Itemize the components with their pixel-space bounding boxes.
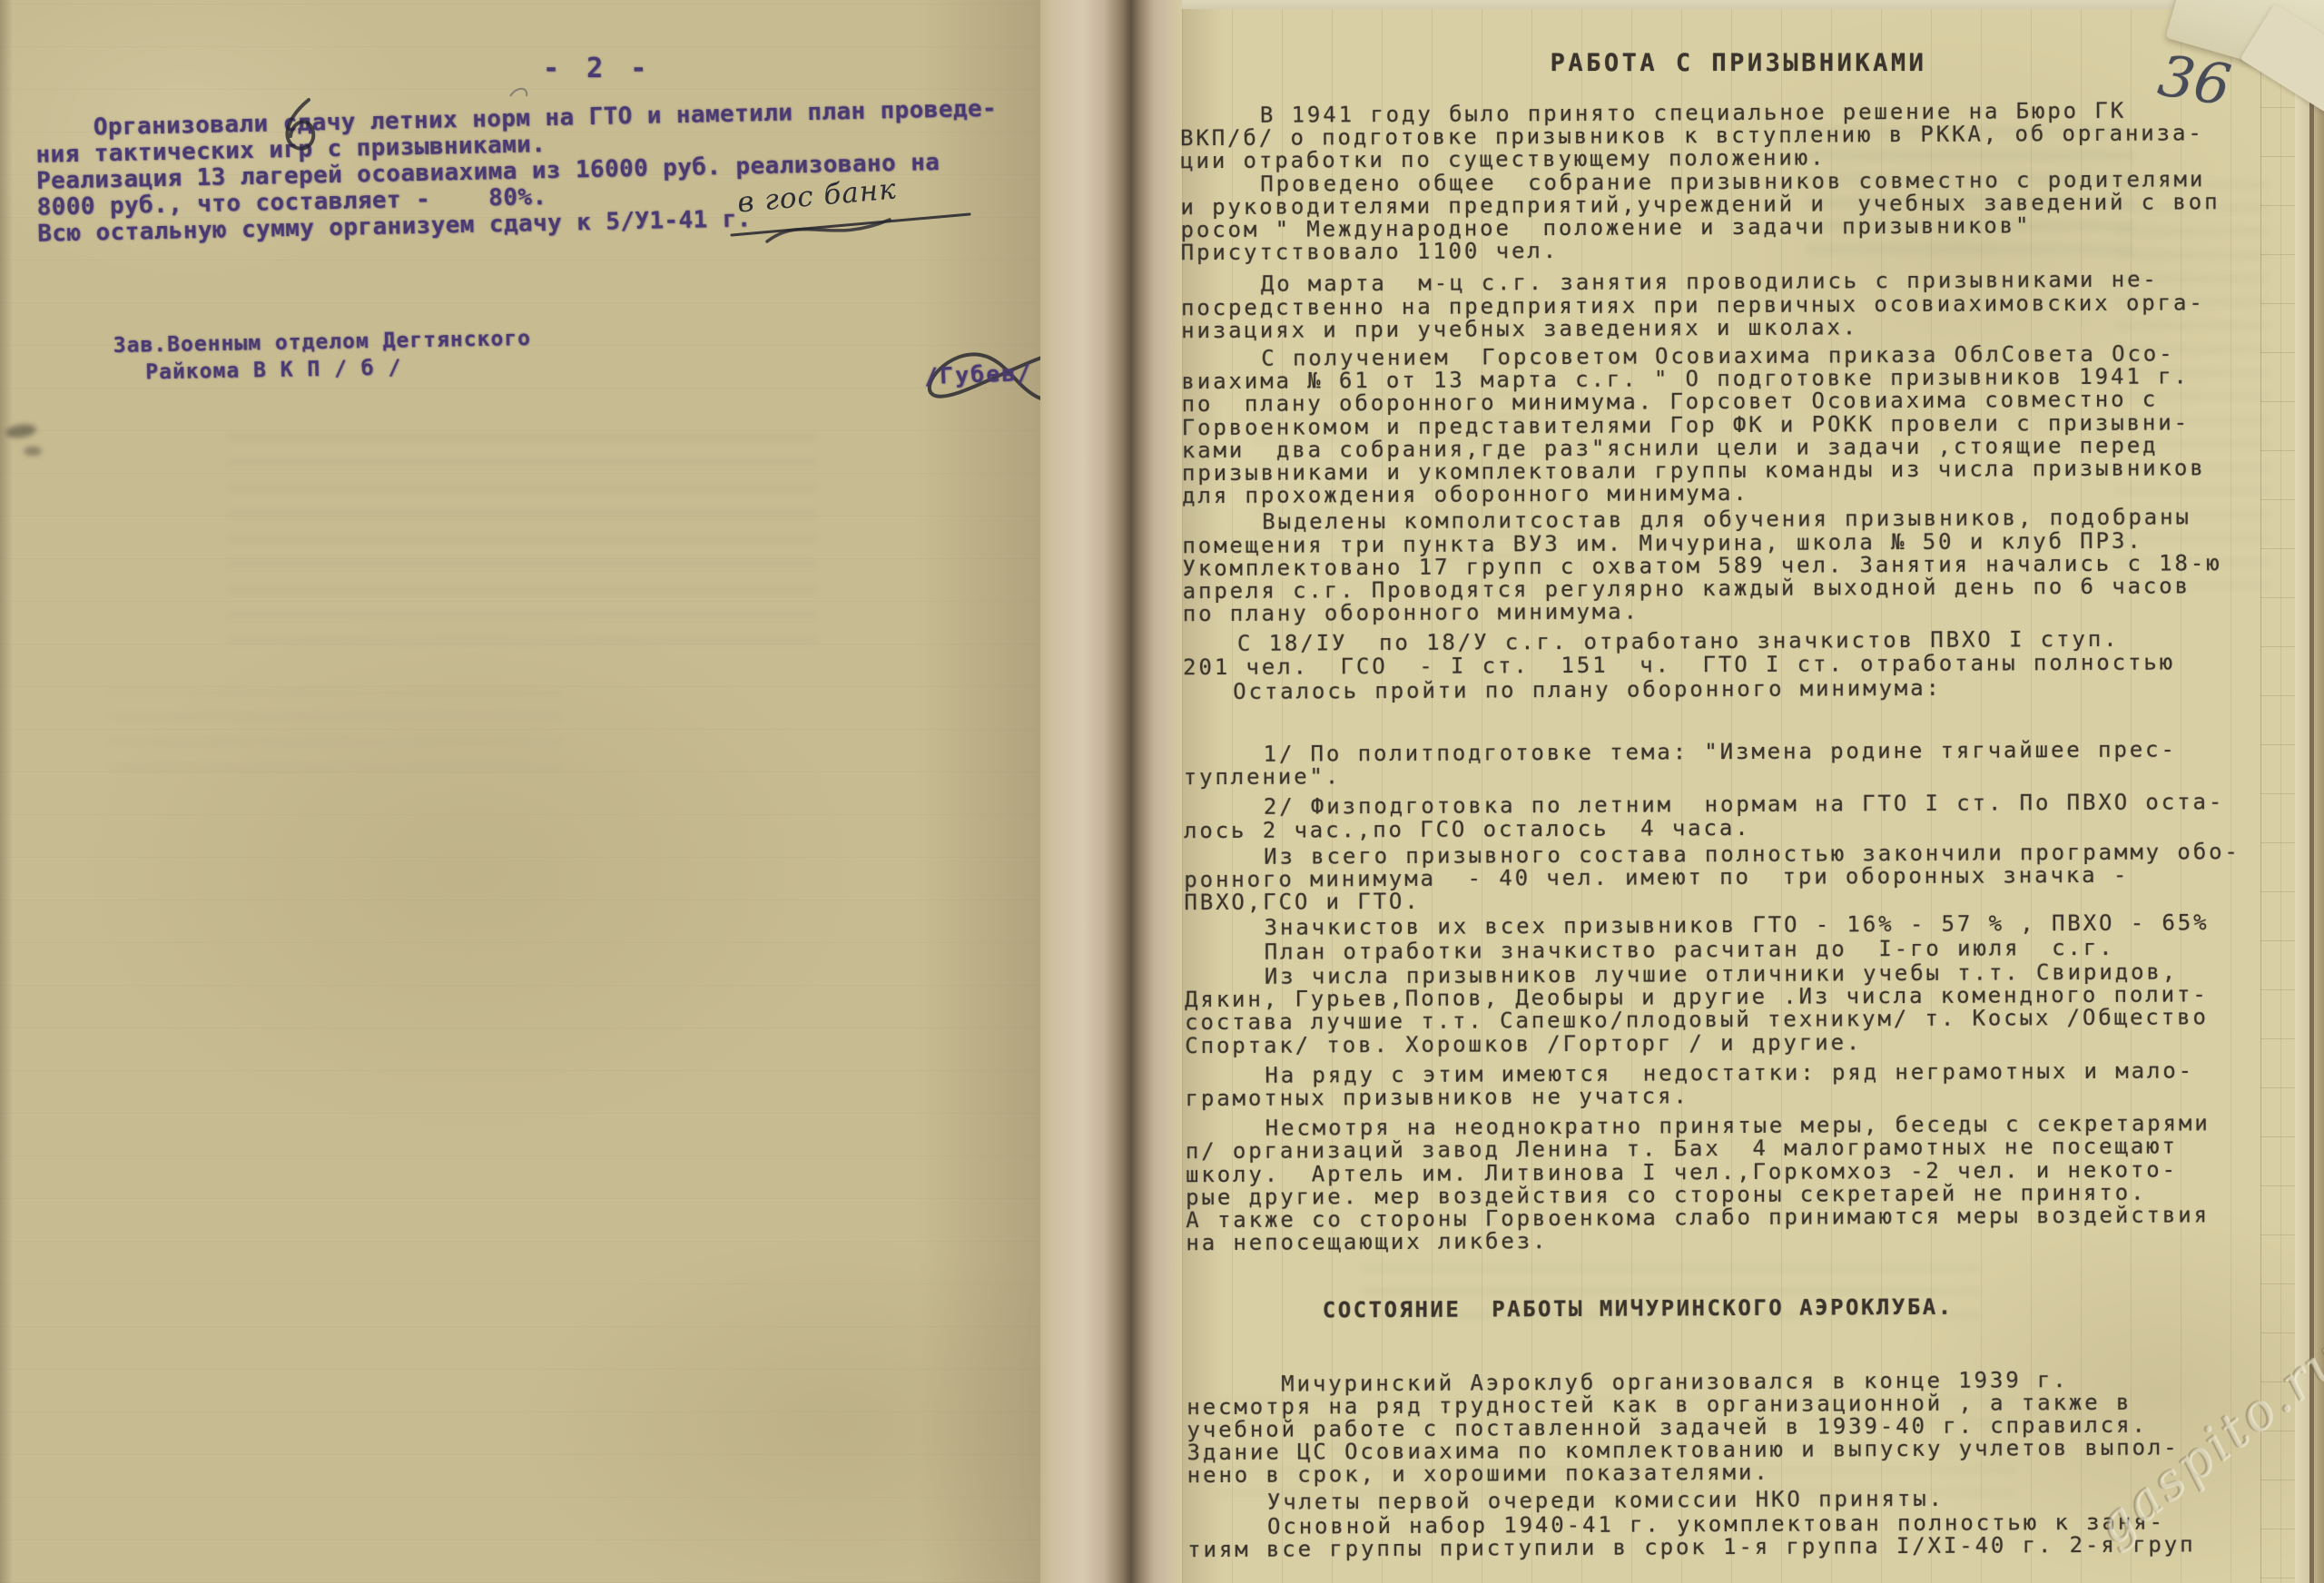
handwritten-flourish xyxy=(763,211,899,251)
right-page-body: В 1941 году было принято специальное реш… xyxy=(1180,99,2299,1562)
left-page-number: - 2 - xyxy=(543,53,652,84)
typed-line: 201 чел. ГСО - I ст. 151 ч. ГТО I ст. от… xyxy=(1183,650,2295,679)
typed-line: апреля с.г. Проводятся регулярно каждый … xyxy=(1183,575,2295,604)
document-scan: - 2 - Организовали сдачу летних норм на … xyxy=(0,0,2324,1583)
page-title: РАБОТА С ПРИЗЫВНИКАМИ xyxy=(1182,49,2295,77)
signature-block: Зав.Военным отделом ДегтянскогоРайкома В… xyxy=(113,325,532,387)
typed-line: Спортак/ тов. Хорошков /Горторг / и друг… xyxy=(1185,1028,2297,1057)
typed-line: 1/ По политподготовке тема: "Измена роди… xyxy=(1183,738,2295,767)
bleed-through-artifact xyxy=(227,427,817,644)
typed-line: по плану оборонного минимума. xyxy=(1183,597,2295,626)
typed-line: для прохождения оборонного минимума. xyxy=(1182,479,2294,508)
typed-line: Присутствовало 1100 чел. xyxy=(1181,236,2293,265)
typed-line: Осталось пройти по плану оборонного мини… xyxy=(1183,675,2295,704)
typed-line: грамотных призывников не учатся. xyxy=(1185,1082,2297,1111)
typed-line: Значкистов их всех призывников ГТО - 16%… xyxy=(1184,910,2296,939)
typed-line: лось 2 час.,по ГСО осталось 4 часа. xyxy=(1184,813,2296,842)
bleed-through-artifact xyxy=(109,690,563,772)
pencil-mark xyxy=(508,84,532,102)
typed-line: На ряду с этим имеются недостатки: ряд н… xyxy=(1185,1059,2297,1088)
binding-gutter xyxy=(1040,0,1182,1583)
typed-line: на непосещающих ликбез. xyxy=(1186,1226,2298,1255)
handwritten-correction-stroke xyxy=(271,91,329,158)
signature-name: /Губев/ xyxy=(924,359,1033,389)
typed-line: А также со стороны Горвоенкома слабо при… xyxy=(1186,1204,2298,1233)
ink-smudge xyxy=(24,447,42,456)
left-page-paragraph: Организовали сдачу летних норм на ГТО и … xyxy=(35,94,1064,248)
typed-line: низациях и при учебных заведениях и школ… xyxy=(1181,314,2293,343)
section-heading: СОСТОЯНИЕ РАБОТЫ МИЧУРИНСКОГО АЭРОКЛУБА. xyxy=(1187,1294,2299,1323)
